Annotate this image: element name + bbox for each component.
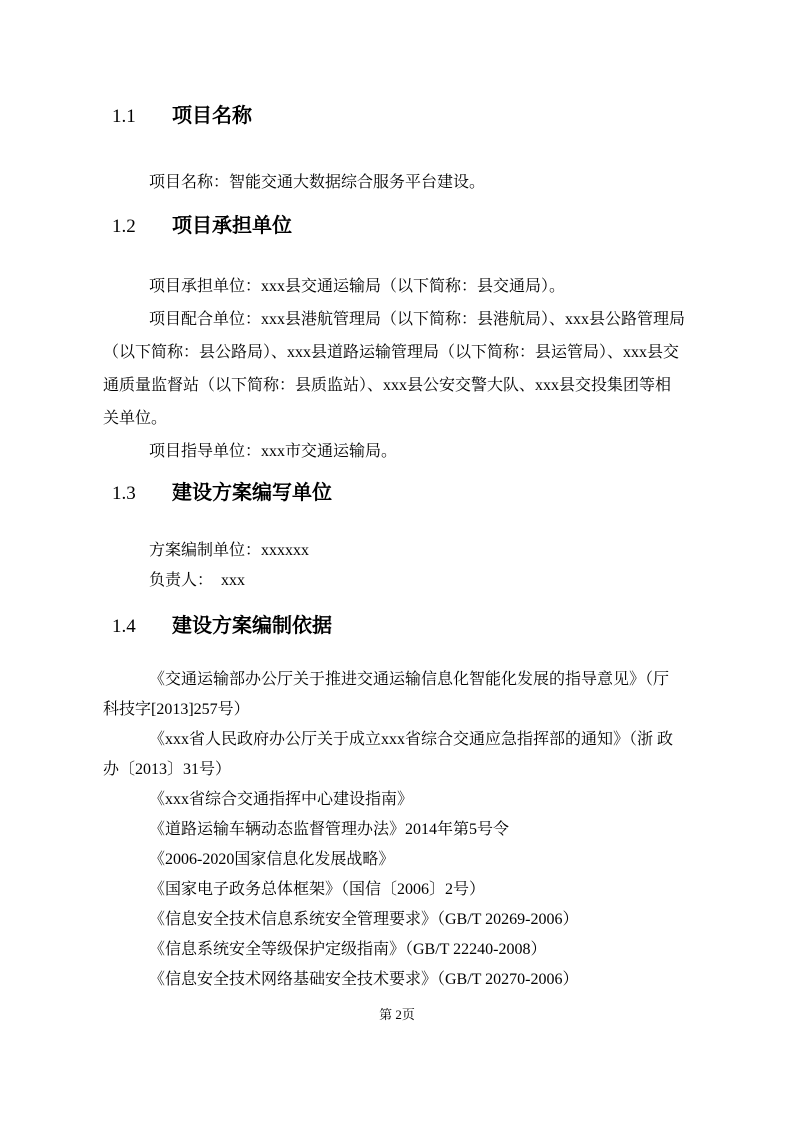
heading-1-4: 1.4 建设方案编制依据 — [103, 613, 685, 640]
paragraph-cooperating-units: 项目配合单位：xxx县港航管理局（以下简称：县港航局）、xxx县公路管理局（以下… — [103, 303, 685, 435]
reference-item: 《xxx省人民政府办公厅关于成立xxx省综合交通应急指挥部的通知》（浙 政办〔2… — [103, 725, 685, 785]
paragraph-project-name: 项目名称：智能交通大数据综合服务平台建设。 — [103, 168, 685, 198]
reference-item: 《信息系统安全等级保护定级指南》（GB/T 22240-2008） — [103, 935, 685, 965]
heading-number: 1.4 — [112, 613, 172, 640]
paragraph-person-in-charge: 负责人： xxx — [103, 566, 685, 596]
reference-list: 《交通运输部办公厅关于推进交通运输信息化智能化发展的指导意见》（厅 科技字[20… — [103, 665, 685, 995]
document-page: 1.1 项目名称 项目名称：智能交通大数据综合服务平台建设。 1.2 项目承担单… — [0, 0, 794, 995]
heading-1-2: 1.2 项目承担单位 — [103, 213, 685, 240]
paragraph-undertaking-unit: 项目承担单位：xxx县交通运输局（以下简称：县交通局）。 — [103, 270, 685, 303]
heading-title: 建设方案编制依据 — [172, 613, 332, 640]
heading-title: 建设方案编写单位 — [172, 480, 332, 507]
heading-number: 1.1 — [112, 103, 172, 130]
section-undertaking-unit: 1.2 项目承担单位 项目承担单位：xxx县交通运输局（以下简称：县交通局）。 … — [103, 213, 685, 468]
section-compilation-basis: 1.4 建设方案编制依据 《交通运输部办公厅关于推进交通运输信息化智能化发展的指… — [103, 613, 685, 995]
heading-title: 项目承担单位 — [172, 213, 292, 240]
heading-number: 1.3 — [112, 480, 172, 507]
reference-item: 《xxx省综合交通指挥中心建设指南》 — [103, 785, 685, 815]
reference-item: 《国家电子政务总体框架》（国信〔2006〕2号） — [103, 875, 685, 905]
page-number-footer: 第 2页 — [0, 1004, 794, 1023]
heading-title: 项目名称 — [172, 103, 252, 130]
heading-1-1: 1.1 项目名称 — [103, 103, 685, 130]
heading-1-3: 1.3 建设方案编写单位 — [103, 480, 685, 507]
reference-item: 《道路运输车辆动态监督管理办法》2014年第5号令 — [103, 815, 685, 845]
reference-item: 《信息安全技术信息系统安全管理要求》（GB/T 20269-2006） — [103, 905, 685, 935]
reference-item: 《信息安全技术网络基础安全技术要求》（GB/T 20270-2006） — [103, 965, 685, 995]
reference-item: 《2006-2020国家信息化发展战略》 — [103, 845, 685, 875]
paragraph-plan-compiling-unit: 方案编制单位：xxxxxx — [103, 536, 685, 566]
reference-item: 《交通运输部办公厅关于推进交通运输信息化智能化发展的指导意见》（厅 科技字[20… — [103, 665, 685, 725]
heading-number: 1.2 — [112, 213, 172, 240]
paragraph-guiding-unit: 项目指导单位：xxx市交通运输局。 — [103, 435, 685, 468]
section-project-name: 1.1 项目名称 项目名称：智能交通大数据综合服务平台建设。 — [103, 103, 685, 198]
section-plan-writing-unit: 1.3 建设方案编写单位 方案编制单位：xxxxxx 负责人： xxx — [103, 480, 685, 596]
